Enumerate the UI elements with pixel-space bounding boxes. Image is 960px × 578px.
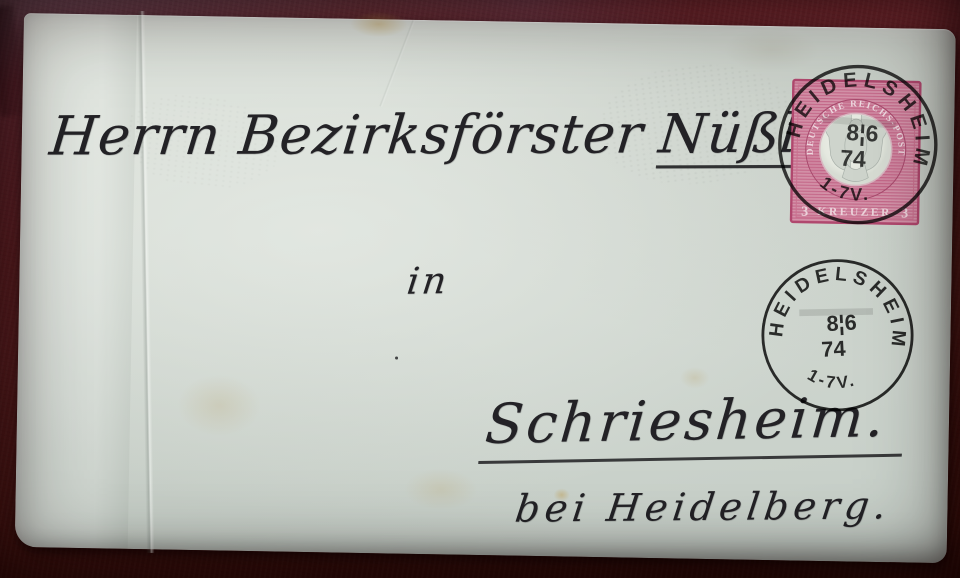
stain xyxy=(403,468,478,511)
postmark-date: 8¦6 74 xyxy=(819,310,858,362)
recipient-title-text: Herrn Bezirksförster xyxy=(47,102,646,167)
stain xyxy=(350,11,408,38)
address-line-recipient: Herrn BezirksförsterNüßle xyxy=(47,107,834,164)
postmark-day-month: 8¦6 xyxy=(826,310,858,337)
paper-tone-strip xyxy=(15,13,137,549)
svg-text:1-7V.: 1-7V. xyxy=(815,171,877,210)
postmark-date: 8¦6 74 xyxy=(840,119,879,173)
postmark-center: HEIDELSHEIM 8¦6 74 1-7V. xyxy=(743,241,932,430)
address-line-preposition: in xyxy=(405,262,451,300)
postmark-time-text: 1-7V. xyxy=(815,171,877,210)
postmark-day-month: 8¦6 xyxy=(846,119,879,147)
svg-text:1-7V.: 1-7V. xyxy=(804,364,861,395)
postmark-town-text: HEIDELSHEIM xyxy=(782,51,951,173)
ink-speck xyxy=(395,357,398,360)
address-line-region: bei Heidelberg. xyxy=(513,486,894,527)
diagonal-crease xyxy=(379,20,416,107)
postal-envelope: Herrn BezirksförsterNüßle in Schriesheim… xyxy=(15,13,956,563)
svg-text:HEIDELSHEIM: HEIDELSHEIM xyxy=(782,51,951,173)
postmark-year: 74 xyxy=(821,336,846,362)
destination-region-text: bei Heidelberg. xyxy=(513,483,894,530)
postmark-time-text: 1-7V. xyxy=(804,364,861,395)
photo-of-envelope-on-leather: Herrn BezirksförsterNüßle in Schriesheim… xyxy=(0,0,960,578)
stain xyxy=(177,374,262,437)
stain xyxy=(680,367,710,390)
preposition-text: in xyxy=(405,259,452,303)
vertical-fold-crease xyxy=(137,11,154,553)
postmark-year: 74 xyxy=(840,145,867,172)
postmark-on-stamp: HEIDELSHEIM 8¦6 74 1-7V. xyxy=(748,34,960,254)
